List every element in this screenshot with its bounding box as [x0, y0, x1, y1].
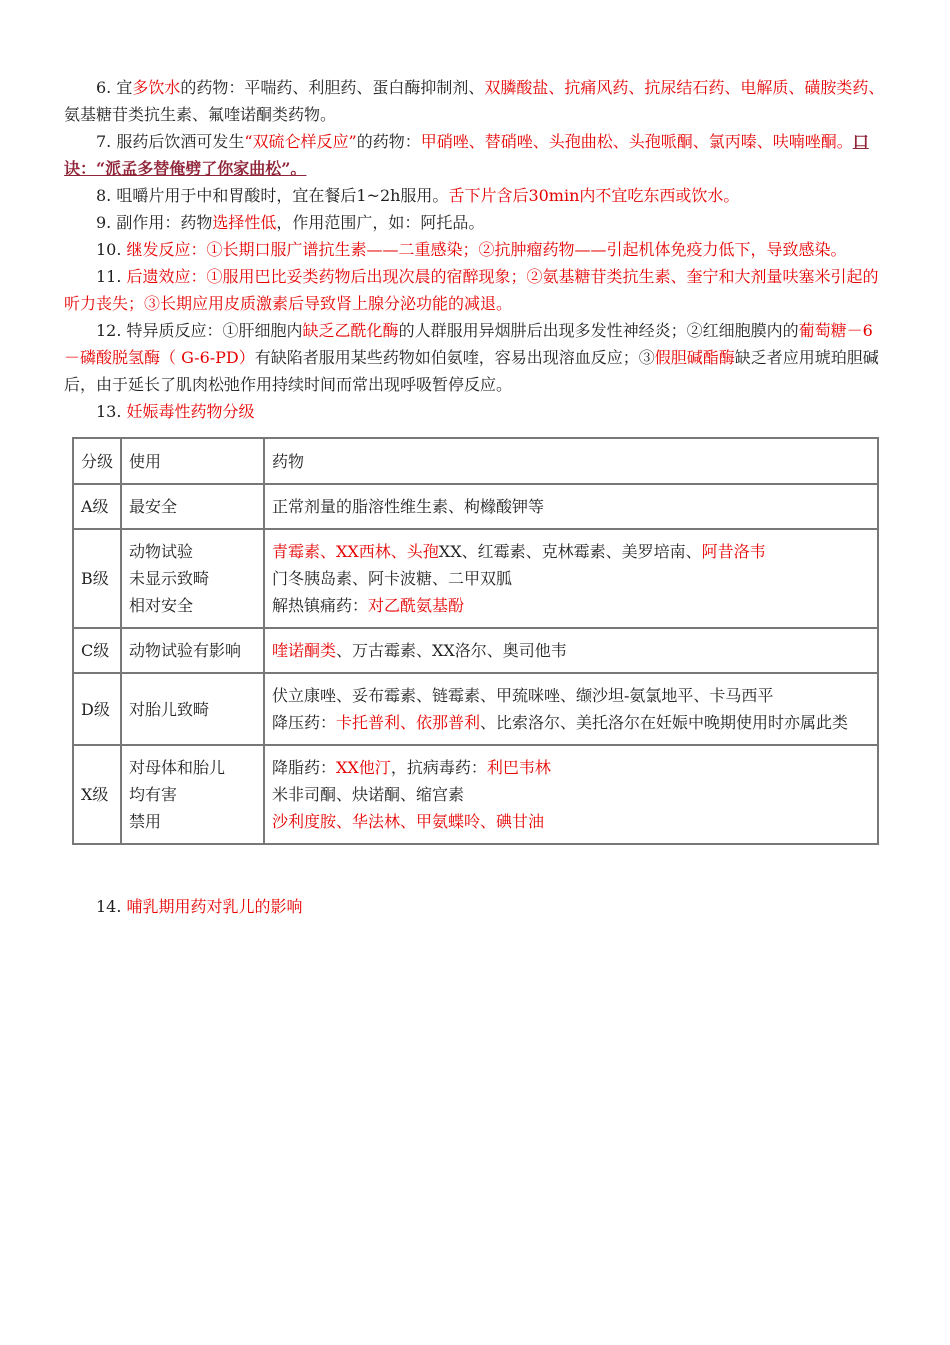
- text-segment: 舌下片含后30min内不宜吃东西或饮水。: [448, 186, 739, 205]
- use-line: 最安全: [129, 493, 256, 520]
- use-line: 未显示致畸: [129, 565, 256, 592]
- text-segment: 后遗效应：①服用巴比妥类药物后出现次晨的宿醉现象；②氨基糖苷类抗生素、奎宁和大剂…: [64, 267, 879, 313]
- text-segment: XX他汀: [336, 758, 391, 777]
- table-header-cell: 药物: [264, 438, 878, 484]
- text-segment: 门冬胰岛素、阿卡波糖、二甲双胍: [272, 569, 512, 588]
- text-segment: 的人群服用异烟肼后出现多发性神经炎；②红细胞膜内的: [399, 321, 799, 340]
- text-segment: 降脂药：: [272, 758, 336, 777]
- content-after-table: 14. 哺乳期用药对乳儿的影响: [64, 893, 888, 920]
- text-segment: 阿昔洛韦: [702, 542, 766, 561]
- drug-cell: 伏立康唑、妥布霉素、链霉素、甲巯咪唑、缬沙坦-氨氯地平、卡马西平降压药：卡托普利…: [264, 673, 878, 745]
- text-segment: 、比索洛尔、美托洛尔在妊娠中晚期使用时亦属此类: [480, 713, 848, 732]
- text-segment: 有缺陷者服用某些药物如伯氨喹，容易出现溶血反应；③: [255, 348, 655, 367]
- use-cell: 最安全: [121, 484, 264, 529]
- text-segment: 氨基糖苷类抗生素、氟喹诺酮类药物。: [64, 105, 336, 124]
- text-segment: 双膦酸盐、抗痛风药、抗尿结石药、电解质、磺胺类药、: [484, 78, 884, 97]
- item-12: 12. 特异质反应：①肝细胞内缺乏乙酰化酶的人群服用异烟肼后出现多发性神经炎；②…: [64, 317, 888, 398]
- text-segment: 降压药：: [272, 713, 336, 732]
- table-row: X级对母体和胎儿均有害禁用降脂药：XX他汀，抗病毒药：利巴韦林米非司酮、炔诺酮、…: [73, 745, 878, 844]
- drug-line: 降脂药：XX他汀，抗病毒药：利巴韦林: [272, 754, 870, 781]
- table-header-cell: 使用: [121, 438, 264, 484]
- text-segment: 13.: [96, 402, 127, 421]
- text-segment: 假胆碱酯酶: [655, 348, 735, 367]
- grade-cell: B级: [73, 529, 121, 628]
- text-segment: 哺乳期用药对乳儿的影响: [127, 897, 303, 916]
- drug-line: 降压药：卡托普利、依那普利、比索洛尔、美托洛尔在妊娠中晚期使用时亦属此类: [272, 709, 870, 736]
- text-segment: ，抗病毒药：: [391, 758, 487, 777]
- text-segment: 对乙酰氨基酚: [368, 596, 464, 615]
- text-segment: 6. 宜: [96, 78, 132, 97]
- item-13: 13. 妊娠毒性药物分级: [64, 398, 888, 425]
- drug-line: 正常剂量的脂溶性维生素、枸橼酸钾等: [272, 493, 870, 520]
- use-cell: 对母体和胎儿均有害禁用: [121, 745, 264, 844]
- use-line: 对母体和胎儿: [129, 754, 256, 781]
- text-segment: 甲硝唑、替硝唑、头孢曲松、头孢哌酮、氯丙嗪、呋喃唑酮。: [421, 132, 853, 151]
- grade-cell: A级: [73, 484, 121, 529]
- item-14: 14. 哺乳期用药对乳儿的影响: [64, 893, 888, 920]
- drug-line: 青霉素、XX西林、头孢XX、红霉素、克林霉素、美罗培南、阿昔洛韦: [272, 538, 870, 565]
- grade-cell: C级: [73, 628, 121, 673]
- text-segment: 选择性低: [212, 213, 276, 232]
- drug-line: 伏立康唑、妥布霉素、链霉素、甲巯咪唑、缬沙坦-氨氯地平、卡马西平: [272, 682, 870, 709]
- table-row: D级对胎儿致畸伏立康唑、妥布霉素、链霉素、甲巯咪唑、缬沙坦-氨氯地平、卡马西平降…: [73, 673, 878, 745]
- table-header-cell: 分级: [73, 438, 121, 484]
- item-10: 10. 继发反应：①长期口服广谱抗生素——二重感染；②抗肿瘤药物——引起机体免疫…: [64, 236, 888, 263]
- item-8: 8. 咀嚼片用于中和胃酸时，宜在餐后1~2h服用。舌下片含后30min内不宜吃东…: [64, 182, 888, 209]
- item-9: 9. 副作用：药物选择性低，作用范围广，如：阿托品。: [64, 209, 888, 236]
- use-cell: 动物试验未显示致畸相对安全: [121, 529, 264, 628]
- text-segment: 沙利度胺、华法林、甲氨蝶呤、碘甘油: [272, 812, 544, 831]
- use-line: 均有害: [129, 781, 256, 808]
- item-7: 7. 服药后饮酒可发生“双硫仑样反应”的药物：甲硝唑、替硝唑、头孢曲松、头孢哌酮…: [64, 128, 888, 182]
- table-body: A级最安全正常剂量的脂溶性维生素、枸橼酸钾等B级动物试验未显示致畸相对安全青霉素…: [73, 484, 878, 844]
- text-segment: 12. 特异质反应：①肝细胞内: [96, 321, 303, 340]
- text-segment: 妊娠毒性药物分级: [127, 402, 255, 421]
- text-segment: 米非司酮、炔诺酮、缩宫素: [272, 785, 464, 804]
- drug-cell: 正常剂量的脂溶性维生素、枸橼酸钾等: [264, 484, 878, 529]
- text-segment: 的药物：: [357, 132, 421, 151]
- use-line: 相对安全: [129, 592, 256, 619]
- grade-cell: D级: [73, 673, 121, 745]
- table-header-row: 分级使用药物: [73, 438, 878, 484]
- text-segment: 解热镇痛药：: [272, 596, 368, 615]
- drug-line: 门冬胰岛素、阿卡波糖、二甲双胍: [272, 565, 870, 592]
- use-line: 动物试验: [129, 538, 256, 565]
- drug-line: 喹诺酮类、万古霉素、XX洛尔、奥司他韦: [272, 637, 870, 664]
- use-cell: 对胎儿致畸: [121, 673, 264, 745]
- toxicity-table: 分级使用药物 A级最安全正常剂量的脂溶性维生素、枸橼酸钾等B级动物试验未显示致畸…: [72, 437, 879, 845]
- table-row: A级最安全正常剂量的脂溶性维生素、枸橼酸钾等: [73, 484, 878, 529]
- text-segment: “双硫仑样反应”: [244, 132, 356, 151]
- text-segment: 7. 服药后饮酒可发生: [96, 132, 244, 151]
- text-segment: 14.: [96, 897, 127, 916]
- text-segment: XX、红霉素、克林霉素、美罗培南、: [439, 542, 702, 561]
- item-6: 6. 宜多饮水的药物：平喘药、利胆药、蛋白酶抑制剂、双膦酸盐、抗痛风药、抗尿结石…: [64, 74, 888, 128]
- table-row: B级动物试验未显示致畸相对安全青霉素、XX西林、头孢XX、红霉素、克林霉素、美罗…: [73, 529, 878, 628]
- grade-cell: X级: [73, 745, 121, 844]
- text-segment: 的药物：平喘药、利胆药、蛋白酶抑制剂、: [180, 78, 484, 97]
- drug-cell: 喹诺酮类、万古霉素、XX洛尔、奥司他韦: [264, 628, 878, 673]
- text-segment: 喹诺酮类: [272, 641, 336, 660]
- use-line: 禁用: [129, 808, 256, 835]
- table-row: C级动物试验有影响喹诺酮类、万古霉素、XX洛尔、奥司他韦: [73, 628, 878, 673]
- text-segment: 10.: [96, 240, 127, 259]
- use-line: 对胎儿致畸: [129, 696, 256, 723]
- text-segment: 伏立康唑、妥布霉素、链霉素、甲巯咪唑、缬沙坦-氨氯地平、卡马西平: [272, 686, 773, 705]
- text-segment: 利巴韦林: [487, 758, 551, 777]
- document-page: 6. 宜多饮水的药物：平喘药、利胆药、蛋白酶抑制剂、双膦酸盐、抗痛风药、抗尿结石…: [0, 0, 950, 1345]
- text-segment: 正常剂量的脂溶性维生素、枸橼酸钾等: [272, 497, 544, 516]
- drug-cell: 青霉素、XX西林、头孢XX、红霉素、克林霉素、美罗培南、阿昔洛韦门冬胰岛素、阿卡…: [264, 529, 878, 628]
- use-cell: 动物试验有影响: [121, 628, 264, 673]
- text-segment: 缺乏乙酰化酶: [303, 321, 399, 340]
- text-segment: 卡托普利、依那普利: [336, 713, 480, 732]
- text-segment: 、万古霉素、XX洛尔、奥司他韦: [336, 641, 567, 660]
- drug-line: 沙利度胺、华法林、甲氨蝶呤、碘甘油: [272, 808, 870, 835]
- drug-line: 解热镇痛药：对乙酰氨基酚: [272, 592, 870, 619]
- text-segment: 多饮水: [132, 78, 180, 97]
- item-11: 11. 后遗效应：①服用巴比妥类药物后出现次晨的宿醉现象；②氨基糖苷类抗生素、奎…: [64, 263, 888, 317]
- content-before-table: 6. 宜多饮水的药物：平喘药、利胆药、蛋白酶抑制剂、双膦酸盐、抗痛风药、抗尿结石…: [64, 74, 888, 425]
- text-segment: 青霉素、XX西林、头孢: [272, 542, 439, 561]
- text-segment: 继发反应：①长期口服广谱抗生素——二重感染；②抗肿瘤药物——引起机体免疫力低下，…: [127, 240, 847, 259]
- text-segment: 11.: [96, 267, 127, 286]
- drug-cell: 降脂药：XX他汀，抗病毒药：利巴韦林米非司酮、炔诺酮、缩宫素沙利度胺、华法林、甲…: [264, 745, 878, 844]
- text-segment: ，作用范围广，如：阿托品。: [276, 213, 484, 232]
- use-line: 动物试验有影响: [129, 637, 256, 664]
- drug-line: 米非司酮、炔诺酮、缩宫素: [272, 781, 870, 808]
- text-segment: 9. 副作用：药物: [96, 213, 212, 232]
- text-segment: 8. 咀嚼片用于中和胃酸时，宜在餐后1~2h服用。: [96, 186, 448, 205]
